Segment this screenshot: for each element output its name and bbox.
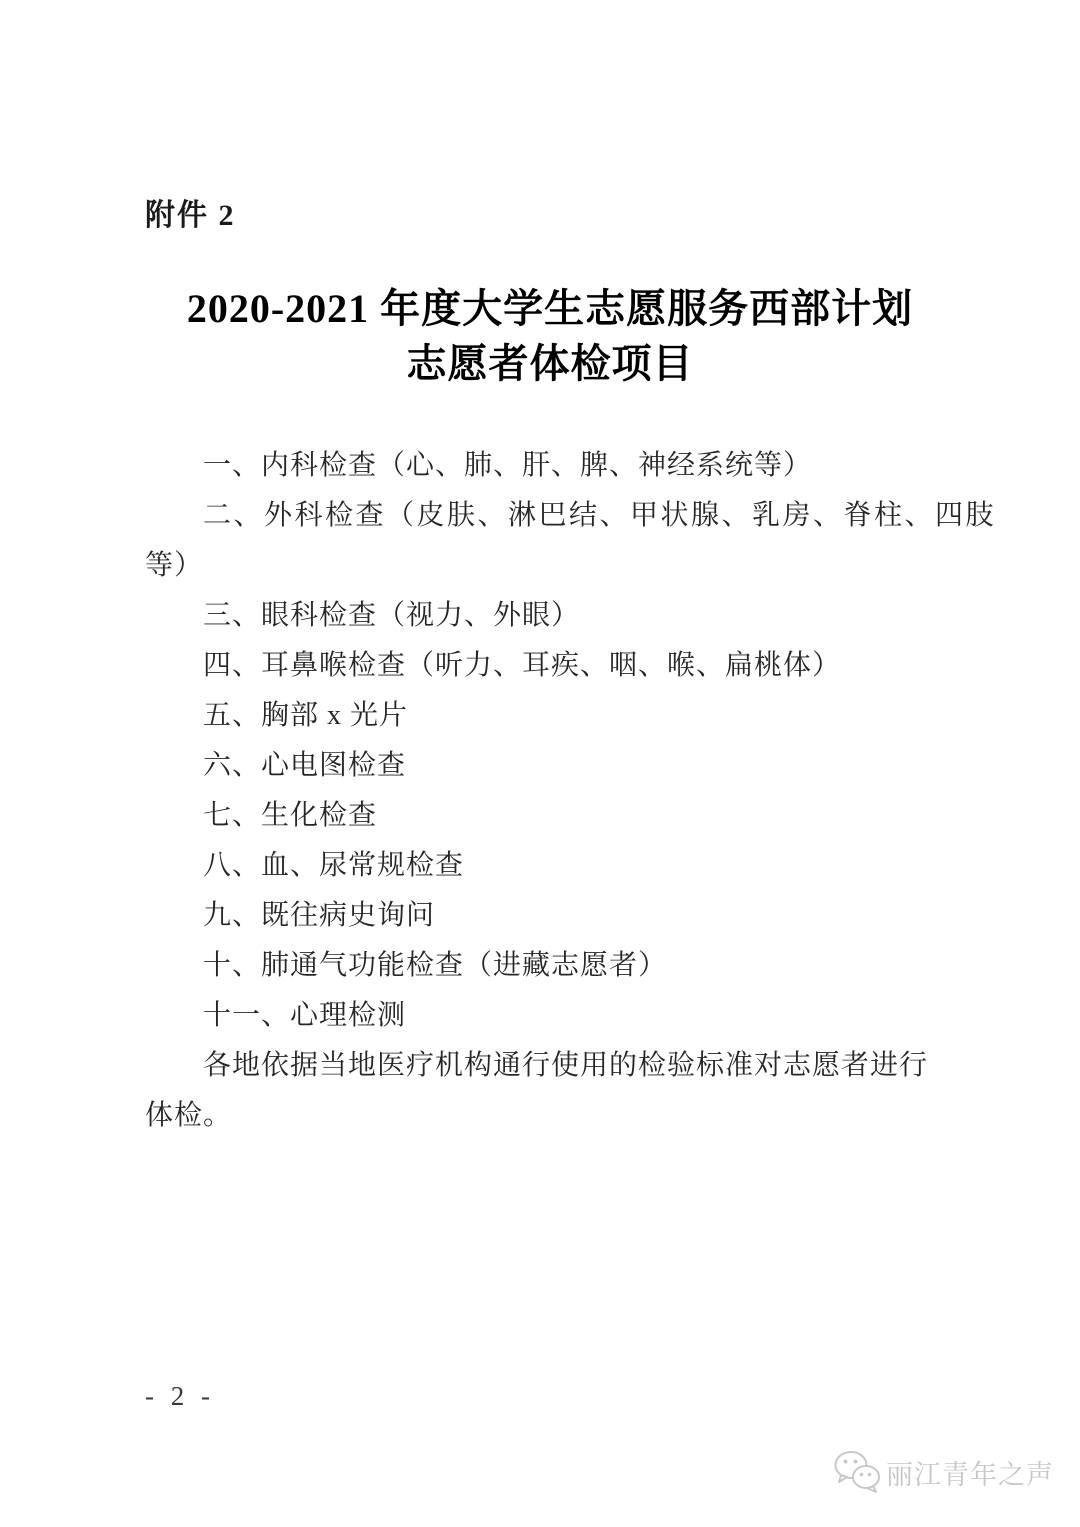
list-item-5: 五、胸部 x 光片	[145, 691, 945, 741]
closing-paragraph-cont: 体检。	[145, 1091, 945, 1141]
attachment-label: 附件 2	[145, 190, 236, 234]
list-item-7: 七、生化检查	[145, 791, 945, 841]
list-item-9: 九、既往病史询问	[145, 891, 945, 941]
watermark: 丽江青年之声	[833, 1450, 1054, 1494]
page-number: - 2 -	[145, 1381, 215, 1412]
list-item-3: 三、眼科检查（视力、外眼）	[145, 591, 945, 641]
list-item-2: 二、外科检查（皮肤、淋巴结、甲状腺、乳房、脊柱、四肢	[145, 491, 945, 541]
list-item-4: 四、耳鼻喉检查（听力、耳疾、咽、喉、扁桃体）	[145, 641, 945, 691]
document-title: 2020-2021 年度大学生志愿服务西部计划 志愿者体检项目	[155, 281, 945, 391]
title-line-2: 志愿者体检项目	[155, 336, 945, 391]
watermark-text: 丽江青年之声	[886, 1453, 1054, 1492]
wechat-bubbles-icon	[833, 1450, 881, 1494]
list-item-11: 十一、心理检测	[145, 991, 945, 1041]
title-line-1: 2020-2021 年度大学生志愿服务西部计划	[155, 281, 945, 336]
document-page: 附件 2 2020-2021 年度大学生志愿服务西部计划 志愿者体检项目 一、内…	[0, 0, 1080, 1527]
list-item-1: 一、内科检查（心、肺、肝、脾、神经系统等）	[145, 441, 945, 491]
list-item-8: 八、血、尿常规检查	[145, 841, 945, 891]
list-item-2-cont: 等）	[145, 541, 945, 591]
closing-paragraph: 各地依据当地医疗机构通行使用的检验标准对志愿者进行	[145, 1041, 945, 1091]
body-text: 一、内科检查（心、肺、肝、脾、神经系统等） 二、外科检查（皮肤、淋巴结、甲状腺、…	[145, 441, 945, 1141]
list-item-10: 十、肺通气功能检查（进藏志愿者）	[145, 941, 945, 991]
list-item-6: 六、心电图检查	[145, 741, 945, 791]
